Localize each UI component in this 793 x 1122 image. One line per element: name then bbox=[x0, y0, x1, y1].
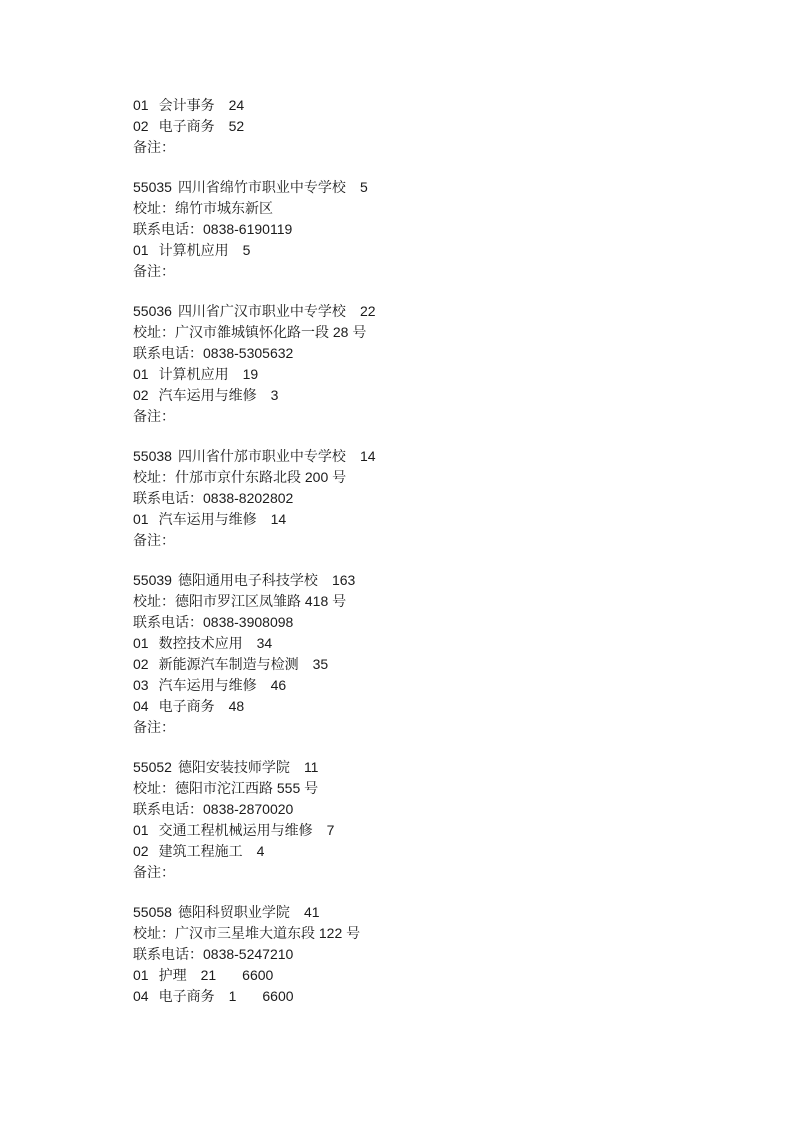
school-address-value: 广汉市雒城镇怀化路一段 28 号 bbox=[175, 324, 366, 340]
major-line: 01计算机应用5 bbox=[133, 240, 753, 261]
major-count: 7 bbox=[327, 822, 335, 838]
major-line: 01护理216600 bbox=[133, 965, 753, 986]
school-note-line: 备注： bbox=[133, 862, 753, 883]
major-line: 01会计事务24 bbox=[133, 95, 753, 116]
major-line: 01交通工程机械运用与维修7 bbox=[133, 820, 753, 841]
school-address-line: 校址：广汉市三星堆大道东段 122 号 bbox=[133, 923, 753, 944]
school-header-line: 55052德阳安装技师学院11 bbox=[133, 757, 753, 778]
school-header-line: 55039德阳通用电子科技学校163 bbox=[133, 570, 753, 591]
school-name: 四川省绵竹市职业中专学校 bbox=[178, 179, 346, 195]
address-label: 校址： bbox=[133, 200, 175, 216]
major-name: 电子商务 bbox=[159, 118, 215, 134]
major-code: 01 bbox=[133, 366, 149, 382]
school-name: 德阳科贸职业学院 bbox=[178, 904, 290, 920]
phone-label: 联系电话： bbox=[133, 801, 203, 817]
major-line: 03汽车运用与维修46 bbox=[133, 675, 753, 696]
school-phone-line: 联系电话：0838-5247210 bbox=[133, 944, 753, 965]
school-code: 55058 bbox=[133, 904, 172, 920]
school-note-line: 备注： bbox=[133, 261, 753, 282]
address-label: 校址： bbox=[133, 324, 175, 340]
school-phone-value: 0838-3908098 bbox=[203, 614, 293, 630]
major-count: 3 bbox=[271, 387, 279, 403]
major-name: 汽车运用与维修 bbox=[159, 387, 257, 403]
address-label: 校址： bbox=[133, 780, 175, 796]
major-line: 01汽车运用与维修14 bbox=[133, 509, 753, 530]
school-address-value: 德阳市沱江西路 555 号 bbox=[175, 780, 318, 796]
major-fee: 6600 bbox=[262, 988, 293, 1004]
major-name: 交通工程机械运用与维修 bbox=[159, 822, 313, 838]
major-code: 01 bbox=[133, 511, 149, 527]
school-section: 01会计事务24 02电子商务52 备注： bbox=[133, 95, 753, 158]
school-name: 四川省什邡市职业中专学校 bbox=[178, 448, 346, 464]
school-phone-value: 0838-2870020 bbox=[203, 801, 293, 817]
school-code: 55035 bbox=[133, 179, 172, 195]
major-line: 02新能源汽车制造与检测35 bbox=[133, 654, 753, 675]
phone-label: 联系电话： bbox=[133, 946, 203, 962]
school-address-line: 校址：什邡市京什东路北段 200 号 bbox=[133, 467, 753, 488]
major-name: 汽车运用与维修 bbox=[159, 677, 257, 693]
major-count: 24 bbox=[229, 97, 245, 113]
document-page: 01会计事务24 02电子商务52 备注： 55035四川省绵竹市职业中专学校5… bbox=[0, 0, 793, 1122]
school-address-line: 校址：绵竹市城东新区 bbox=[133, 198, 753, 219]
school-phone-line: 联系电话：0838-8202802 bbox=[133, 488, 753, 509]
school-address-line: 校址：广汉市雒城镇怀化路一段 28 号 bbox=[133, 322, 753, 343]
school-phone-line: 联系电话：0838-3908098 bbox=[133, 612, 753, 633]
major-count: 1 bbox=[229, 988, 237, 1004]
major-code: 04 bbox=[133, 988, 149, 1004]
major-line: 02汽车运用与维修3 bbox=[133, 385, 753, 406]
phone-label: 联系电话： bbox=[133, 345, 203, 361]
school-header-line: 55038四川省什邡市职业中专学校14 bbox=[133, 446, 753, 467]
phone-label: 联系电话： bbox=[133, 614, 203, 630]
school-code: 55036 bbox=[133, 303, 172, 319]
major-count: 5 bbox=[243, 242, 251, 258]
school-total: 41 bbox=[304, 904, 320, 920]
school-address-value: 德阳市罗江区凤雏路 418 号 bbox=[175, 593, 346, 609]
school-phone-value: 0838-6190119 bbox=[203, 221, 292, 237]
school-header-line: 55058德阳科贸职业学院41 bbox=[133, 902, 753, 923]
major-code: 01 bbox=[133, 967, 149, 983]
school-section: 55038四川省什邡市职业中专学校14 校址：什邡市京什东路北段 200 号 联… bbox=[133, 446, 753, 551]
major-code: 02 bbox=[133, 118, 149, 134]
school-phone-line: 联系电话：0838-5305632 bbox=[133, 343, 753, 364]
major-name: 计算机应用 bbox=[159, 366, 229, 382]
major-name: 数控技术应用 bbox=[159, 635, 243, 651]
major-code: 01 bbox=[133, 242, 149, 258]
phone-label: 联系电话： bbox=[133, 221, 203, 237]
major-code: 02 bbox=[133, 656, 149, 672]
major-code: 01 bbox=[133, 822, 149, 838]
address-label: 校址： bbox=[133, 593, 175, 609]
note-label: 备注： bbox=[133, 263, 175, 279]
school-total: 22 bbox=[360, 303, 376, 319]
school-phone-line: 联系电话：0838-2870020 bbox=[133, 799, 753, 820]
address-label: 校址： bbox=[133, 925, 175, 941]
major-name: 建筑工程施工 bbox=[159, 843, 243, 859]
school-header-line: 55035四川省绵竹市职业中专学校5 bbox=[133, 177, 753, 198]
school-code: 55038 bbox=[133, 448, 172, 464]
school-name: 四川省广汉市职业中专学校 bbox=[178, 303, 346, 319]
major-name: 新能源汽车制造与检测 bbox=[159, 656, 299, 672]
major-line: 04电子商务48 bbox=[133, 696, 753, 717]
major-code: 03 bbox=[133, 677, 149, 693]
note-label: 备注： bbox=[133, 864, 175, 880]
major-count: 34 bbox=[257, 635, 273, 651]
school-section: 55036四川省广汉市职业中专学校22 校址：广汉市雒城镇怀化路一段 28 号 … bbox=[133, 301, 753, 427]
school-address-value: 什邡市京什东路北段 200 号 bbox=[175, 469, 346, 485]
major-count: 19 bbox=[243, 366, 259, 382]
school-total: 163 bbox=[332, 572, 355, 588]
school-note-line: 备注： bbox=[133, 137, 753, 158]
major-name: 护理 bbox=[159, 967, 187, 983]
document-content: 01会计事务24 02电子商务52 备注： 55035四川省绵竹市职业中专学校5… bbox=[133, 95, 753, 1026]
note-label: 备注： bbox=[133, 532, 175, 548]
school-name: 德阳安装技师学院 bbox=[178, 759, 290, 775]
school-total: 5 bbox=[360, 179, 368, 195]
major-code: 01 bbox=[133, 97, 149, 113]
school-section: 55035四川省绵竹市职业中专学校5 校址：绵竹市城东新区 联系电话：0838-… bbox=[133, 177, 753, 282]
major-code: 02 bbox=[133, 387, 149, 403]
school-note-line: 备注： bbox=[133, 530, 753, 551]
major-name: 汽车运用与维修 bbox=[159, 511, 257, 527]
major-line: 01数控技术应用34 bbox=[133, 633, 753, 654]
school-phone-value: 0838-5247210 bbox=[203, 946, 293, 962]
major-name: 电子商务 bbox=[159, 698, 215, 714]
school-total: 11 bbox=[304, 759, 319, 775]
major-name: 计算机应用 bbox=[159, 242, 229, 258]
school-phone-line: 联系电话：0838-6190119 bbox=[133, 219, 753, 240]
school-name: 德阳通用电子科技学校 bbox=[178, 572, 318, 588]
major-fee: 6600 bbox=[242, 967, 273, 983]
phone-label: 联系电话： bbox=[133, 490, 203, 506]
school-address-line: 校址：德阳市沱江西路 555 号 bbox=[133, 778, 753, 799]
school-section: 55052德阳安装技师学院11 校址：德阳市沱江西路 555 号 联系电话：08… bbox=[133, 757, 753, 883]
major-count: 14 bbox=[271, 511, 287, 527]
major-count: 21 bbox=[201, 967, 217, 983]
major-line: 02电子商务52 bbox=[133, 116, 753, 137]
major-name: 会计事务 bbox=[159, 97, 215, 113]
major-name: 电子商务 bbox=[159, 988, 215, 1004]
school-code: 55039 bbox=[133, 572, 172, 588]
major-count: 4 bbox=[257, 843, 265, 859]
major-code: 01 bbox=[133, 635, 149, 651]
school-total: 14 bbox=[360, 448, 376, 464]
note-label: 备注： bbox=[133, 139, 175, 155]
major-count: 35 bbox=[313, 656, 329, 672]
note-label: 备注： bbox=[133, 719, 175, 735]
note-label: 备注： bbox=[133, 408, 175, 424]
school-address-value: 广汉市三星堆大道东段 122 号 bbox=[175, 925, 360, 941]
school-phone-value: 0838-8202802 bbox=[203, 490, 293, 506]
major-count: 48 bbox=[229, 698, 245, 714]
school-section: 55058德阳科贸职业学院41 校址：广汉市三星堆大道东段 122 号 联系电话… bbox=[133, 902, 753, 1007]
major-code: 02 bbox=[133, 843, 149, 859]
school-note-line: 备注： bbox=[133, 717, 753, 738]
major-line: 02建筑工程施工4 bbox=[133, 841, 753, 862]
major-line: 01计算机应用19 bbox=[133, 364, 753, 385]
school-phone-value: 0838-5305632 bbox=[203, 345, 293, 361]
major-line: 04电子商务16600 bbox=[133, 986, 753, 1007]
school-header-line: 55036四川省广汉市职业中专学校22 bbox=[133, 301, 753, 322]
school-note-line: 备注： bbox=[133, 406, 753, 427]
major-count: 52 bbox=[229, 118, 245, 134]
school-section: 55039德阳通用电子科技学校163 校址：德阳市罗江区凤雏路 418 号 联系… bbox=[133, 570, 753, 738]
school-code: 55052 bbox=[133, 759, 172, 775]
school-address-value: 绵竹市城东新区 bbox=[175, 200, 273, 216]
address-label: 校址： bbox=[133, 469, 175, 485]
school-address-line: 校址：德阳市罗江区凤雏路 418 号 bbox=[133, 591, 753, 612]
major-code: 04 bbox=[133, 698, 149, 714]
major-count: 46 bbox=[271, 677, 287, 693]
